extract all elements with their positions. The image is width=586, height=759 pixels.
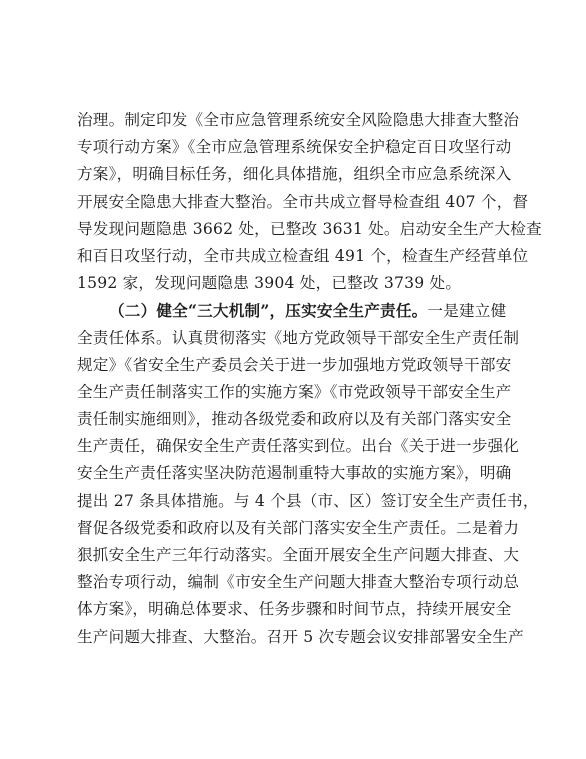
text-line: 方案》，明确目标任务，细化具体措施，组织全市应急系统深入 (77, 161, 505, 188)
text-line: 提出 27 条具体措施。与 4 个县（市、区）签订安全生产责任书， (77, 488, 505, 515)
text-line: 生产问题大排查、大整治。召开 5 次专题会议安排部署安全生产 (77, 624, 505, 651)
text-line: 责任制实施细则》，推动各级党委和政府以及有关部门落实安全 (77, 406, 505, 433)
text-line: 1592 家，发现问题隐患 3904 处，已整改 3739 处。 (77, 270, 505, 297)
body-text: 治理。制定印发《全市应急管理系统安全风险隐患大排查大整治 专项行动方案》《全市应… (77, 107, 505, 651)
text-line: 全生产责任制落实工作的实施方案》《市党政领导干部安全生产 (77, 379, 505, 406)
section-heading: （二）健全“三大机制”，压实安全生产责任。 (109, 301, 427, 320)
text-line: 专项行动方案》《全市应急管理系统保安全护稳定百日攻坚行动 (77, 134, 505, 161)
text-line: 督促各级党委和政府以及有关部门落实安全生产责任。二是着力 (77, 515, 505, 542)
text-line: 狠抓安全生产三年行动落实。全面开展安全生产问题大排查、大 (77, 542, 505, 569)
document-page: 治理。制定印发《全市应急管理系统安全风险隐患大排查大整治 专项行动方案》《全市应… (0, 0, 586, 759)
text-line: 开展安全隐患大排查大整治。全市共成立督导检查组 407 个，督 (77, 189, 505, 216)
text-line: 安全生产责任落实坚决防范遏制重特大事故的实施方案》，明确 (77, 460, 505, 487)
text-line: 治理。制定印发《全市应急管理系统安全风险隐患大排查大整治 (77, 107, 505, 134)
section-heading-line: （二）健全“三大机制”，压实安全生产责任。一是建立健 (77, 297, 505, 324)
text-line: 全责任体系。认真贯彻落实《地方党政领导干部安全生产责任制 (77, 325, 505, 352)
text-line: 和百日攻坚行动，全市共成立检查组 491 个，检查生产经营单位 (77, 243, 505, 270)
text-line: 体方案》，明确总体要求、任务步骤和时间节点，持续开展安全 (77, 596, 505, 623)
text-line: 导发现问题隐患 3662 处，已整改 3631 处。启动安全生产大检查 (77, 216, 505, 243)
text-fragment: 一是建立健 (427, 302, 506, 320)
text-line: 规定》《省安全生产委员会关于进一步加强地方党政领导干部安 (77, 352, 505, 379)
text-line: 整治专项行动，编制《市安全生产问题大排查大整治专项行动总 (77, 569, 505, 596)
text-line: 生产责任，确保安全生产责任落实到位。出台《关于进一步强化 (77, 433, 505, 460)
